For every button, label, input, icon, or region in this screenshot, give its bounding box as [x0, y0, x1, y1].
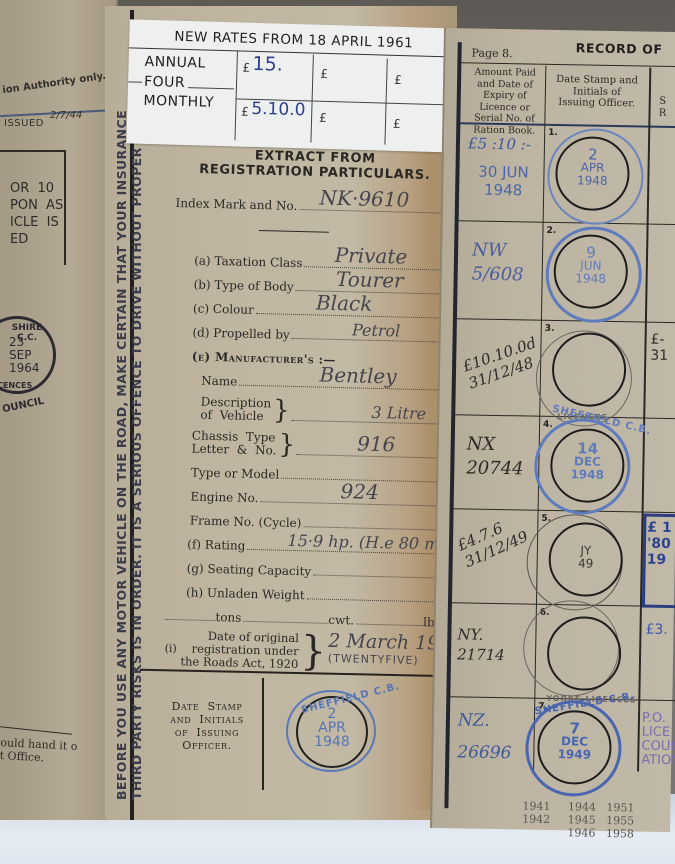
- footer-text: ould hand it o t Office.: [0, 736, 78, 766]
- licence-record-page: Page 8. RECORD OF Amount Paid and Date o…: [430, 28, 675, 832]
- index-mark-row: Index Mark and No. NK·9610: [175, 186, 451, 217]
- pound-sign: £: [393, 117, 401, 131]
- pound-sign: £: [242, 61, 250, 75]
- stamp-year: 1964: [9, 363, 40, 374]
- row6-amount: NY. 21714: [457, 624, 505, 665]
- engine-value: 924: [340, 479, 379, 504]
- index-mark-value: NK·9610: [319, 186, 409, 212]
- column-rule: [262, 678, 264, 790]
- pound-sign: £: [320, 67, 328, 81]
- four-monthly-rate: 5.10.0: [251, 99, 306, 121]
- registration-fields: Index Mark and No. NK·9610 (a) Taxation …: [164, 186, 451, 680]
- col-partial-header: S R: [652, 96, 672, 119]
- four-label: FOUR: [144, 74, 185, 91]
- left-box-text: OR 10 PON AS ICLE IS ED: [10, 180, 63, 248]
- stamp-year: 1948: [296, 736, 368, 749]
- original-reg-words: (TWENTYFIVE): [328, 652, 419, 667]
- row1-amount: £5 :10 :-: [468, 134, 531, 153]
- pencil-years: 1941 1944 1951 1942 1945 1955 1946 1958: [522, 799, 635, 840]
- warning-line-1: BEFORE YOU USE ANY MOTOR VEHICLE ON THE …: [114, 110, 129, 800]
- page-border-rule: [444, 42, 461, 808]
- monthly-label: MONTHLY: [143, 93, 214, 111]
- annual-rate: 15.: [252, 53, 283, 76]
- issuing-officer-label: Date Stamp and Initials of Issuing Offic…: [162, 700, 252, 752]
- row7-amount: NZ. 26696: [457, 704, 512, 769]
- separator: [259, 230, 329, 233]
- col-stamp-header: Date Stamp and Initials of Issuing Offic…: [547, 74, 648, 110]
- issued-date: 2/7/44: [50, 110, 82, 121]
- insurance-warning: BEFORE YOU USE ANY MOTOR VEHICLE ON THE …: [114, 110, 144, 800]
- authority-text: ion Authority only.: [2, 71, 107, 96]
- stamp-licences: LICENCES: [0, 381, 32, 390]
- annual-label: ANNUAL: [144, 54, 206, 72]
- issued-label: ISSUED: [4, 118, 44, 129]
- stamp-month: SEP: [9, 350, 31, 361]
- col-amount-header: Amount Paid and Date of Expiry of Licenc…: [464, 66, 545, 136]
- council-text: OUNCIL: [1, 396, 45, 416]
- propelled-value: Petrol: [352, 320, 401, 340]
- footer-rule: [0, 726, 72, 735]
- taxation-class-value: Private: [334, 243, 407, 269]
- colour-value: Black: [316, 290, 373, 315]
- new-rates-label: NEW RATES FROM 18 APRIL 1961 ANNUAL FOUR…: [126, 19, 459, 152]
- pound-sign: £: [394, 73, 402, 87]
- body-type-value: Tourer: [336, 267, 404, 293]
- left-page: ion Authority only. ISSUED 2/7/44 OR 10 …: [0, 0, 118, 820]
- row2-amount: NW 5/608: [471, 239, 524, 288]
- description-value: 3 Litre: [371, 403, 426, 423]
- rates-title: NEW RATES FROM 18 APRIL 1961: [174, 29, 413, 52]
- row3-amount: £10.10.0d 31/12/48: [460, 334, 544, 393]
- row5-amount: £4.7.6 31/12/49: [455, 511, 531, 571]
- record-title: RECORD OF: [576, 40, 663, 57]
- pound-sign: £: [241, 105, 249, 119]
- page-number: Page 8.: [471, 46, 512, 60]
- chassis-value: 916: [357, 432, 396, 457]
- county-council-stamp: SHIRE C.C. 23 SEP 1964 LICENCES: [0, 316, 56, 394]
- row4-amount: NX 20744: [466, 432, 524, 481]
- warning-line-2: THIRD PARTY RISKS IS IN ORDER. IT IS A S…: [129, 110, 144, 800]
- pound-sign: £: [319, 111, 327, 125]
- stamp-day: 23: [9, 337, 24, 348]
- row1-expiry: 30 JUN 1948: [473, 163, 534, 200]
- manufacturer-name-value: Bentley: [319, 363, 397, 389]
